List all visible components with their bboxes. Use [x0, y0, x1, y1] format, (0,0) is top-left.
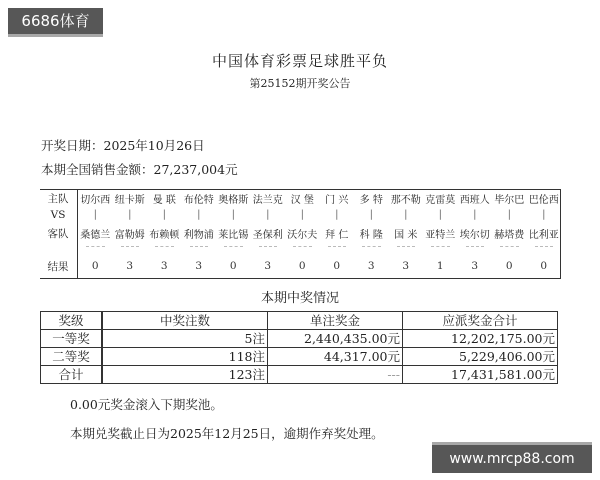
dash-separator	[328, 246, 347, 248]
vs-mark: |	[216, 209, 251, 220]
watermark-url: www.mrcp88.com	[432, 442, 592, 473]
away-team: 布赖顿	[147, 226, 182, 241]
home-team: 毕尔巴	[492, 191, 527, 206]
sales-amount: 本期全国销售金额：27,237,004元	[41, 160, 238, 178]
home-team: 多 特	[354, 191, 389, 206]
home-team: 法兰克	[251, 191, 286, 206]
prize-section-title: 本期中奖情况	[0, 287, 600, 306]
level: 一等奖	[41, 330, 103, 348]
dash-separator	[500, 246, 519, 248]
label-result: 结果	[40, 259, 76, 274]
vs-mark: |	[423, 209, 458, 220]
prize-table-header: 奖级 中奖注数 单注奖金 应派奖金合计	[41, 312, 558, 330]
count: 118注	[102, 348, 268, 366]
dash-separator	[466, 246, 485, 248]
watermark-logo: 6686体育	[8, 8, 103, 37]
total-prize: 5,229,406.00元	[403, 348, 558, 366]
home-team: 汉 堡	[285, 191, 320, 206]
match-result: 0	[492, 260, 527, 272]
dash-separator	[224, 246, 243, 248]
vs-mark: |	[251, 209, 286, 220]
match-column: 切尔西|桑德兰0	[78, 190, 113, 278]
label-away: 客队	[40, 226, 76, 241]
total-prize: 17,431,581.00元	[403, 366, 558, 384]
away-team: 埃尔切	[458, 226, 493, 241]
home-team: 克雷莫	[423, 191, 458, 206]
away-team: 亚特兰	[423, 226, 458, 241]
away-team: 科 隆	[354, 226, 389, 241]
label-home: 主队	[40, 191, 76, 206]
away-team: 圣保利	[251, 226, 286, 241]
match-result: 0	[320, 260, 355, 272]
draw-date: 开奖日期：2025年10月26日	[41, 136, 205, 154]
home-team: 纽卡斯	[113, 191, 148, 206]
home-team: 布伦特	[182, 191, 217, 206]
level: 二等奖	[41, 348, 103, 366]
match-grid: 主队 VS 客队 结果 切尔西|桑德兰0纽卡斯|富勒姆3曼 联|布赖顿3布伦特|…	[40, 189, 561, 279]
match-result: 0	[216, 260, 251, 272]
header-unit: 单注奖金	[268, 312, 403, 330]
total-prize: 12,202,175.00元	[403, 330, 558, 348]
match-column: 克雷莫|亚特兰1	[423, 190, 458, 278]
prize-table: 奖级 中奖注数 单注奖金 应派奖金合计 一等奖 5注 2,440,435.00元…	[40, 311, 558, 384]
header-total: 应派奖金合计	[403, 312, 558, 330]
home-team: 那不勒	[389, 191, 424, 206]
dash-separator	[535, 246, 554, 248]
dash-separator	[86, 246, 105, 248]
home-team: 奥格斯	[216, 191, 251, 206]
vs-mark: |	[147, 209, 182, 220]
dash-separator	[362, 246, 381, 248]
match-result: 3	[354, 260, 389, 272]
table-row: 一等奖 5注 2,440,435.00元 12,202,175.00元	[41, 330, 558, 348]
match-result: 0	[527, 260, 562, 272]
match-result: 0	[78, 260, 113, 272]
away-team: 拜 仁	[320, 226, 355, 241]
count: 123注	[102, 366, 268, 384]
vs-mark: |	[354, 209, 389, 220]
away-team: 莱比锡	[216, 226, 251, 241]
match-column: 曼 联|布赖顿3	[147, 190, 182, 278]
unit-prize: 44,317.00元	[268, 348, 403, 366]
home-team: 曼 联	[147, 191, 182, 206]
level: 合计	[41, 366, 103, 384]
match-result: 3	[389, 260, 424, 272]
match-result: 3	[251, 260, 286, 272]
match-column: 巴伦西|比利亚0	[527, 190, 562, 278]
vs-mark: |	[182, 209, 217, 220]
home-team: 门 兴	[320, 191, 355, 206]
vs-mark: |	[113, 209, 148, 220]
table-row: 二等奖 118注 44,317.00元 5,229,406.00元	[41, 348, 558, 366]
home-team: 西班人	[458, 191, 493, 206]
home-team: 切尔西	[78, 191, 113, 206]
dash-separator	[121, 246, 140, 248]
match-column: 奥格斯|莱比锡0	[216, 190, 251, 278]
count: 5注	[102, 330, 268, 348]
vs-mark: |	[527, 209, 562, 220]
match-column: 布伦特|利物浦3	[182, 190, 217, 278]
page-subtitle: 第25152期开奖公告	[0, 75, 600, 91]
away-team: 利物浦	[182, 226, 217, 241]
table-row: 合计 123注 --- 17,431,581.00元	[41, 366, 558, 384]
vs-mark: |	[389, 209, 424, 220]
dash-separator	[259, 246, 278, 248]
match-result: 3	[458, 260, 493, 272]
dash-separator	[190, 246, 209, 248]
match-result: 3	[113, 260, 148, 272]
rollover-note: 0.00元奖金滚入下期奖池。	[70, 395, 223, 413]
match-column: 那不勒|国 米3	[389, 190, 424, 278]
vs-mark: |	[78, 209, 113, 220]
match-column: 纽卡斯|富勒姆3	[113, 190, 148, 278]
away-team: 沃尔夫	[285, 226, 320, 241]
deadline-note: 本期兑奖截止日为2025年12月25日，逾期作弃奖处理。	[70, 424, 384, 442]
unit-prize: ---	[268, 366, 403, 384]
away-team: 富勒姆	[113, 226, 148, 241]
dash-separator	[293, 246, 312, 248]
vs-mark: |	[285, 209, 320, 220]
match-column: 多 特|科 隆3	[354, 190, 389, 278]
dash-separator	[155, 246, 174, 248]
away-team: 赫塔费	[492, 226, 527, 241]
header-level: 奖级	[41, 312, 103, 330]
match-column: 汉 堡|沃尔夫0	[285, 190, 320, 278]
away-team: 比利亚	[527, 226, 562, 241]
match-result: 0	[285, 260, 320, 272]
page-title: 中国体育彩票足球胜平负	[0, 50, 600, 71]
match-column: 门 兴|拜 仁0	[320, 190, 355, 278]
match-column: 毕尔巴|赫塔费0	[492, 190, 527, 278]
match-result: 1	[423, 260, 458, 272]
vs-mark: |	[492, 209, 527, 220]
away-team: 桑德兰	[78, 226, 113, 241]
match-column: 西班人|埃尔切3	[458, 190, 493, 278]
label-vs: VS	[40, 209, 76, 221]
match-column: 法兰克|圣保利3	[251, 190, 286, 278]
away-team: 国 米	[389, 226, 424, 241]
dash-separator	[397, 246, 416, 248]
dash-separator	[431, 246, 450, 248]
unit-prize: 2,440,435.00元	[268, 330, 403, 348]
vs-mark: |	[320, 209, 355, 220]
header-count: 中奖注数	[102, 312, 268, 330]
match-result: 3	[147, 260, 182, 272]
match-result: 3	[182, 260, 217, 272]
home-team: 巴伦西	[527, 191, 562, 206]
vs-mark: |	[458, 209, 493, 220]
